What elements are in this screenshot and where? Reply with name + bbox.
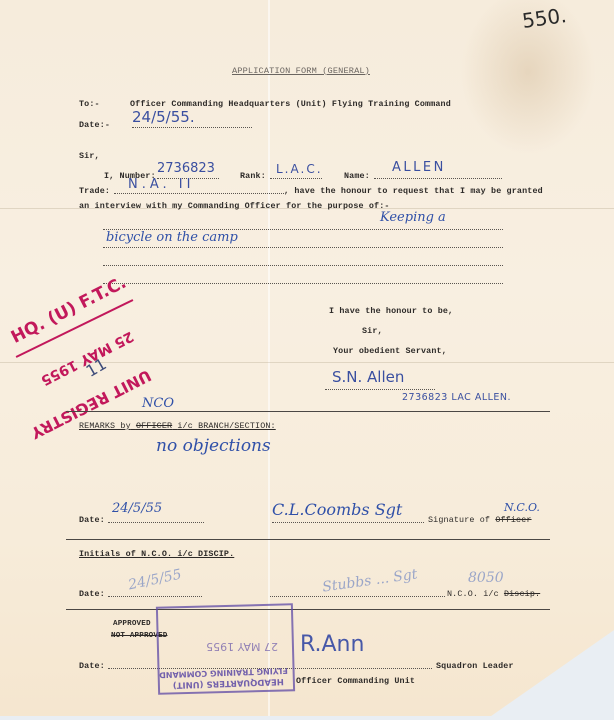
purpose-line-3: [103, 265, 503, 266]
signature-struck-officer: Officer: [495, 515, 531, 525]
discip-signature[interactable]: Stubbs ... Sgt: [321, 566, 418, 595]
rank-value[interactable]: L.A.C.: [276, 162, 323, 176]
name-dotted-line: [374, 178, 502, 179]
remarks-label: REMARKS by OFFICER i/c BRANCH/SECTION:: [79, 421, 276, 431]
discip-date-label: Date:: [79, 589, 105, 599]
discip-label: N.C.O. i/c Discip.: [447, 589, 540, 599]
applicant-signature-line: [325, 389, 435, 390]
document-page: 550. APPLICATION FORM (GENERAL) To:- Off…: [0, 0, 614, 716]
remarks-label-struck: OFFICER: [136, 421, 172, 431]
discip-signature-line: [270, 596, 445, 597]
remarks-label-prefix: REMARKS by: [79, 421, 131, 431]
signature-of-text: Signature of: [428, 515, 490, 525]
date-dotted-line: [132, 127, 252, 128]
remarks-signature[interactable]: C.L.Coombs Sgt: [272, 500, 402, 519]
approved-option[interactable]: APPROVED: [113, 620, 151, 628]
discip-heading: Initials of N.C.O. i/c DISCIP.: [79, 549, 234, 559]
purpose-value-line-1[interactable]: Keeping a: [380, 210, 446, 225]
date-label: Date:-: [79, 120, 110, 130]
section-divider: [66, 539, 550, 540]
remarks-text[interactable]: no objections: [156, 436, 271, 456]
number-value[interactable]: 2736823: [157, 161, 215, 176]
section-divider: [66, 609, 550, 610]
remarks-signature-label: Signature of Officer: [428, 515, 532, 525]
closing-line-2: Sir,: [362, 326, 383, 336]
trade-label: Trade:: [79, 186, 110, 196]
remarks-nco-overwrite: NCO: [142, 396, 174, 411]
applicant-printed-name: 2736823 LAC ALLEN.: [402, 392, 511, 403]
discip-date-line: [108, 596, 202, 597]
purpose-value-line-2[interactable]: bicycle on the camp: [106, 230, 238, 245]
request-text-line-2: an interview with my Commanding Officer …: [79, 201, 390, 211]
remarks-date-label: Date:: [79, 515, 105, 525]
remarks-date-value[interactable]: 24/5/55: [112, 501, 162, 516]
remarks-date-line: [108, 522, 204, 523]
signature-nco-overwrite: N.C.O.: [504, 501, 540, 514]
to-label: To:-: [79, 99, 100, 109]
officer-commanding-label: Officer Commanding Unit: [296, 676, 415, 686]
remarks-label-suffix: i/c BRANCH/SECTION:: [177, 421, 275, 431]
salutation: Sir,: [79, 151, 100, 161]
applicant-signature[interactable]: S.N. Allen: [332, 368, 404, 386]
trade-value[interactable]: N.A. II: [128, 177, 194, 192]
name-value[interactable]: ALLEN: [392, 160, 446, 175]
purpose-line-2: [103, 247, 503, 248]
approval-date-label: Date:: [79, 661, 105, 671]
discip-signature-extra: 8050: [468, 570, 504, 586]
squadron-leader-label: Squadron Leader: [436, 661, 514, 671]
reference-number: 550.: [521, 3, 568, 33]
closing-line-3: Your obedient Servant,: [333, 346, 447, 356]
rank-label: Rank:: [240, 171, 266, 181]
form-title: APPLICATION FORM (GENERAL): [232, 66, 370, 76]
discip-label-nco: N.C.O. i/c: [447, 589, 499, 599]
date-value[interactable]: 24/5/55.: [132, 108, 195, 126]
request-text-line-1: , have the honour to request that I may …: [284, 186, 543, 196]
discip-label-struck: Discip.: [504, 589, 540, 599]
closing-line-1: I have the honour to be,: [329, 306, 453, 316]
commanding-officer-signature[interactable]: R.Ann: [300, 632, 364, 657]
discip-date-value[interactable]: 24/5/55: [127, 567, 183, 594]
remarks-signature-line: [272, 522, 424, 523]
name-label: Name:: [344, 171, 370, 181]
section-divider: [66, 411, 550, 412]
trade-dotted-line: [114, 193, 284, 194]
rank-dotted-line: [270, 178, 322, 179]
purpose-line-4: [103, 283, 503, 284]
hq-stamp-date: 27 MAY 1955: [206, 640, 278, 653]
